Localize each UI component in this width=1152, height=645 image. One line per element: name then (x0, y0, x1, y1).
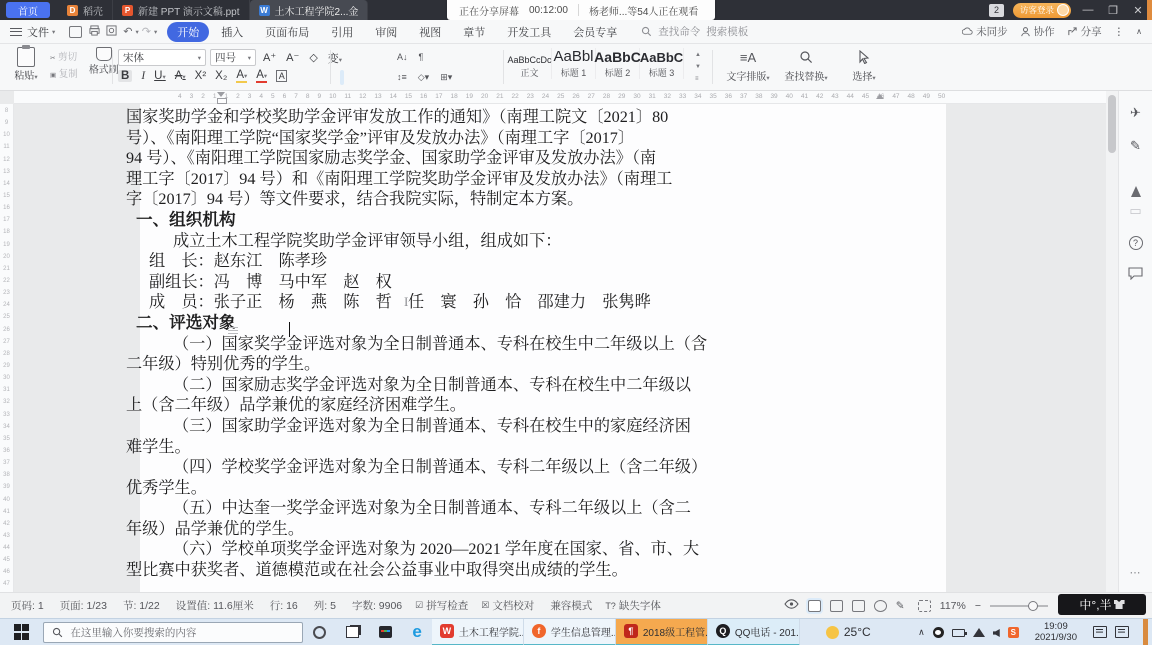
undo-icon[interactable]: ↶ (123, 25, 132, 38)
document-line[interactable]: （三）国家助学金评选对象为全日制普通本、专科在校生中的家庭经济困 (126, 416, 742, 437)
task-view-icon[interactable] (346, 626, 359, 638)
cortana-icon[interactable] (313, 626, 326, 639)
cursor-arrow-icon (858, 50, 870, 68)
ruler-number: 16 (420, 93, 427, 100)
ribbon-tab[interactable]: 会员专享 (563, 22, 627, 42)
ruler-number: 10 (329, 93, 336, 100)
battery-icon[interactable] (952, 629, 965, 637)
status-item-label: 字数: 9906 (352, 598, 402, 613)
ruler-number: 25 (557, 93, 564, 100)
outline-view-icon[interactable] (830, 600, 843, 612)
document-tab-label: 稻壳 (83, 3, 103, 18)
taskbar: 在这里输入你要搜索的内容 e W 土木工程学院... f 学生信息管理... ¶… (0, 618, 1152, 645)
align-right-button[interactable] (362, 70, 366, 85)
status-item-label: 文档校对 (492, 598, 534, 613)
ruler-number: 12 (359, 93, 366, 100)
status-item[interactable]: ☑ 拼写检查 (415, 598, 468, 613)
line-spacing-icon[interactable]: ↕≡ (395, 70, 409, 85)
shading-icon[interactable]: ◇▾ (416, 70, 431, 85)
style-gallery: AaBbCcDc 正文 AaBbl 标题 1 AaBbC 标题 2 AaBbC … (508, 48, 684, 79)
bold-button[interactable]: B (118, 70, 132, 82)
align-center-button[interactable] (351, 70, 355, 85)
ime-indicator[interactable]: 中°,半 (1058, 594, 1146, 615)
ruler-number: 11 (344, 93, 351, 100)
status-item[interactable]: 兼容模式 (547, 598, 592, 613)
document-tab[interactable]: W 土木工程学院2...金 (250, 0, 369, 20)
ruler-number: 21 (3, 266, 10, 272)
superscript-button[interactable]: X² (195, 70, 207, 82)
app-icon: W (440, 624, 454, 638)
status-item-label: 缺失字体 (619, 598, 661, 613)
show-desktop-strip[interactable] (1143, 619, 1148, 645)
style-name: 标题 1 (561, 66, 587, 79)
document-line[interactable]: （四）学校奖学金评选对象为全日制普通本、专科二年级以上（含二年级） (126, 457, 742, 478)
app-label: 学生信息管理... (551, 624, 616, 639)
text-layout-button[interactable]: ≡A 文字排版▾ (722, 50, 774, 83)
app-icon: ¶ (624, 624, 638, 638)
document-line[interactable]: 难学生。 (126, 437, 742, 458)
tray-expand-icon[interactable]: ∧ (918, 627, 925, 638)
bullet-list-icon[interactable] (340, 50, 344, 64)
ruler-number: 7 (294, 93, 298, 100)
style-name: 标题 3 (649, 66, 675, 79)
document-line[interactable]: 型比赛中获奖者、道德模范或在社会公益事业中取得突出成绩的学生。 (126, 560, 742, 581)
cut-button[interactable]: ✂ 剪切 (50, 49, 78, 63)
document-line[interactable]: 上（含二年级）品学兼优的家庭经济困难学生。 (126, 395, 742, 416)
eye-protection-icon[interactable] (784, 599, 799, 612)
ruler-number: 38 (3, 472, 10, 478)
ruler-number: 41 (3, 509, 10, 515)
ruler-number: 27 (588, 93, 595, 100)
ruler-number: 12 (3, 157, 10, 163)
ribbon-tab[interactable]: 章节 (453, 22, 495, 42)
status-item-label: 拼写检查 (426, 598, 468, 613)
font-size-select[interactable]: 四号▾ (210, 49, 256, 66)
ruler-number: 11 (3, 144, 9, 150)
ruler-number: 15 (3, 193, 10, 199)
screen-share-bar: 正在分享屏幕 00:12:00 杨老师...等54人正在观看 (447, 0, 715, 20)
ruler-number: 18 (3, 229, 10, 235)
style-name: 正文 (520, 66, 538, 79)
share-timer: 00:12:00 (529, 5, 568, 16)
select-cursor-icon[interactable] (1131, 171, 1141, 186)
ruler-number: 26 (572, 93, 579, 100)
ribbon-tab[interactable]: 插入 (211, 22, 253, 42)
share-status: 正在分享屏幕 (459, 3, 519, 18)
clipboard-icon (17, 47, 35, 67)
first-line-indent-marker[interactable] (217, 92, 225, 97)
ruler-number: 30 (3, 375, 10, 381)
ruler-number: 39 (3, 484, 10, 490)
ribbon-tab[interactable]: 开始 (167, 22, 209, 42)
vertical-ruler[interactable]: 8910111213141516171819202122232425262728… (0, 104, 14, 592)
document-line[interactable]: 组 长：赵东江 陈孝珍 (126, 251, 742, 272)
italic-button[interactable]: I (141, 70, 145, 82)
ribbon-tab[interactable]: 视图 (409, 22, 451, 42)
document-area[interactable]: 国家奖助学金和学校奖助学金评审发放工作的通知》（南理工院文〔2021〕80号）、… (14, 104, 1106, 592)
ruler-number: 34 (3, 424, 10, 430)
menu-bar: 文件 ▾ ↶▾ ↷▾ 开始插入页面布局引用审阅视图章节开发工具会员专享 查找命令… (0, 20, 1152, 44)
ruler-number: 31 (3, 387, 10, 393)
right-toolbar: ✈ ✎ ▭ ? (1118, 91, 1152, 592)
document-line[interactable]: 字〔2017〕94 号）等文件要求，结合我院实际，特制定本方案。 (126, 189, 742, 210)
ruler-number: 37 (3, 460, 10, 466)
status-item[interactable]: 设置值: 11.6厘米 (173, 598, 254, 613)
taskbar-app-button[interactable]: Q QQ电话 - 201... (708, 619, 800, 645)
ruler-number: 2 (236, 93, 240, 100)
status-item-icon: ☒ (481, 600, 489, 611)
status-item[interactable]: 页码: 1 (8, 598, 44, 613)
ruler-number: 4 (259, 93, 263, 100)
ruler-number: 27 (3, 339, 10, 345)
paragraph-anchor-icon[interactable] (228, 327, 238, 336)
ruler-number: 43 (3, 533, 10, 539)
document-text: 国家奖助学金和学校奖助学金评审发放工作的通知》（南理工院文〔2021〕80号）、… (126, 107, 742, 581)
undo-dropdown[interactable]: ▾ (135, 28, 138, 36)
file-type-icon: D (67, 5, 78, 16)
ruler-number: 21 (496, 93, 503, 100)
paragraph-mark-icon[interactable]: ¶ (417, 50, 426, 64)
ribbon-tab[interactable]: 审阅 (365, 22, 407, 42)
style-scroll-up-icon[interactable]: ▲ (695, 52, 701, 58)
minimize-button[interactable]: — (1080, 4, 1096, 16)
document-line[interactable]: 二年级）特别优秀的学生。 (126, 354, 742, 375)
ruler-number: 45 (862, 93, 869, 100)
status-item[interactable]: ☒ 文档校对 (481, 598, 534, 613)
ruler-number: 13 (3, 169, 10, 175)
ruler-number: 23 (3, 290, 10, 296)
store-icon[interactable] (379, 626, 392, 638)
redo-dropdown[interactable]: ▾ (154, 28, 157, 36)
find-replace-button[interactable]: 查找替换▾ (780, 50, 832, 83)
style-sample: AaBbC (594, 49, 641, 65)
ruler-number: 20 (481, 93, 488, 100)
align-left-button[interactable] (340, 70, 344, 85)
ruler-number: 16 (3, 205, 10, 211)
toolbar-more-icon[interactable]: ⋯ (1118, 566, 1152, 579)
ruler-number: 32 (3, 399, 10, 405)
ruler-number: 8 (306, 93, 310, 100)
ruler-number: 28 (3, 351, 10, 357)
ribbon-tab[interactable]: 开发工具 (497, 22, 561, 42)
ruler-number: 25 (3, 314, 10, 320)
style-sample: AaBbC (640, 50, 683, 65)
zoom-slider-handle[interactable] (1028, 601, 1038, 611)
style-card[interactable]: AaBbCcDc 正文 (508, 48, 552, 79)
notification-icon[interactable] (1093, 626, 1107, 638)
ruler-number: 47 (892, 93, 899, 100)
numbered-list-icon[interactable] (351, 50, 355, 64)
ribbon-tab[interactable]: 页面布局 (255, 22, 319, 42)
status-item[interactable]: 列: 5 (311, 598, 336, 613)
justify-button[interactable] (373, 70, 377, 85)
home-tab[interactable]: 首页 (6, 2, 50, 18)
document-tab[interactable]: P 新建 PPT 演示文稿.ppt (113, 0, 250, 20)
version-badge[interactable]: 2 (989, 4, 1004, 17)
increase-indent-icon[interactable] (373, 50, 377, 64)
close-button[interactable]: ✕ (1130, 4, 1146, 17)
status-item-label: 页码: 1 (11, 598, 44, 613)
increase-font-icon[interactable]: A⁺ (260, 51, 279, 64)
style-sample: AaBbCcDc (508, 55, 552, 65)
annotate-pen-icon[interactable]: ✎ (1130, 138, 1141, 154)
app-label: 2018级工程管... (643, 624, 708, 639)
style-sample: AaBbl (553, 48, 593, 65)
ruler-number: 24 (3, 302, 10, 308)
zoom-level[interactable]: 117% (940, 600, 966, 612)
eraser-icon[interactable]: ▭ (1129, 203, 1141, 219)
status-bar: 页码: 1 页面: 1/23 节: 1/22 设置值: 11.6厘米 行: 16… (0, 592, 1152, 618)
taskbar-app-button[interactable]: W 土木工程学院... (432, 619, 524, 645)
divider (578, 4, 579, 16)
wifi-icon[interactable] (973, 628, 985, 637)
select-button[interactable]: 选择▾ (838, 50, 890, 83)
zoom-out-icon[interactable]: − (975, 600, 981, 612)
qq-tray-icon[interactable] (933, 627, 944, 638)
sort-icon[interactable]: A↓ (395, 50, 410, 64)
ruler-number: 41 (801, 93, 808, 100)
status-item-label: 页面: 1/23 (60, 598, 107, 613)
ruler-number: 47 (3, 581, 10, 587)
status-item-label: 兼容模式 (550, 598, 592, 613)
horizontal-ruler[interactable]: 4321123456789101112131415161718192021222… (14, 91, 1106, 104)
character-border-button[interactable]: A (276, 70, 287, 82)
ruler-number: 9 (318, 93, 322, 100)
document-line[interactable]: 一、组织机构 (126, 210, 742, 231)
account-label: 访客登录 (1020, 4, 1054, 16)
quick-tools-icon[interactable]: ✈ (1130, 105, 1141, 121)
document-line[interactable]: （二）国家励志奖学金评选对象为全日制普通本、专科在校生中二年级以 (126, 375, 742, 396)
print-icon[interactable] (89, 25, 100, 39)
file-type-icon: P (122, 5, 133, 16)
style-name: 标题 2 (605, 66, 631, 79)
style-card[interactable]: AaBbC 标题 3 (640, 48, 684, 79)
paste-button[interactable]: 粘贴▾ (8, 47, 44, 82)
status-item-label: 行: 16 (270, 598, 298, 613)
help-icon[interactable]: ? (1129, 236, 1143, 250)
underline-button[interactable]: U▾ (154, 70, 166, 82)
collapse-ribbon-icon[interactable]: ∧ (1136, 27, 1142, 36)
status-item[interactable]: 节: 1/22 (120, 598, 160, 613)
document-line[interactable]: 成 员：张子正 杨 燕 陈 哲 任 寰 孙 恰 邵建力 张隽晔 (126, 292, 742, 313)
document-line[interactable]: 二、评选对象 (126, 313, 742, 334)
subscript-button[interactable]: X₂ (215, 70, 227, 82)
ruler-number: 28 (603, 93, 610, 100)
strikethrough-button[interactable]: A▾ (175, 70, 186, 82)
scrollbar-thumb[interactable] (1108, 95, 1116, 153)
sync-status[interactable]: 未同步 (962, 24, 1008, 39)
ruler-number: 43 (831, 93, 838, 100)
ruler-number: 19 (3, 242, 10, 248)
ruler-number: 30 (633, 93, 640, 100)
ruler-number: 29 (618, 93, 625, 100)
ruler-number: 29 (3, 363, 10, 369)
ruler-number: 3 (190, 93, 194, 100)
vertical-scrollbar[interactable] (1106, 91, 1118, 592)
taskbar-search-input[interactable]: 在这里输入你要搜索的内容 (43, 622, 303, 643)
ruler-number: 44 (847, 93, 854, 100)
ruler-number: 22 (511, 93, 518, 100)
style-scroll-down-icon[interactable]: ▼ (695, 64, 701, 70)
document-tab[interactable]: D 稻壳 (58, 0, 113, 20)
ruler-number: 20 (3, 254, 10, 260)
web-view-icon[interactable] (874, 600, 887, 612)
ruler-number: 18 (451, 93, 458, 100)
document-line[interactable]: 号）、《南阳理工学院“国家奖学金”评审及发放办法》（南理工字〔2017〕 (126, 128, 742, 149)
right-indent-marker[interactable] (876, 94, 884, 99)
document-line[interactable]: 94 号）、《南阳理工学院国家励志奖学金、国家助学金评审及发放办法》（南 (126, 148, 742, 169)
ruler-number: 32 (664, 93, 671, 100)
document-line[interactable]: （六）学校单项奖学金评选对象为 2020—2021 学年度在国家、省、市、大 (126, 539, 742, 560)
file-menu[interactable]: 文件 (27, 24, 49, 40)
ruler-number: 10 (3, 132, 10, 138)
style-gallery-more-icon[interactable]: ≡ (695, 76, 701, 82)
status-item[interactable]: 页面: 1/23 (57, 598, 107, 613)
distribute-button[interactable] (384, 70, 388, 85)
window-tab-bar: 首页 D 稻壳 P 新建 PPT 演示文稿.ppt W 土木工程学院2...金 … (0, 0, 1152, 20)
ruler-number: 33 (3, 412, 10, 418)
style-card[interactable]: AaBbl 标题 1 (552, 48, 596, 79)
brush-icon (96, 47, 112, 61)
ruler-number: 38 (755, 93, 762, 100)
taskbar-clock[interactable]: 19:09 2021/9/30 (1027, 621, 1085, 643)
taskbar-app-button[interactable]: ¶ 2018级工程管... (616, 619, 708, 645)
ruler-number: 22 (3, 278, 10, 284)
ruler-number: 14 (390, 93, 397, 100)
document-line[interactable]: 理工字〔2017〕94 号）和《南阳理工学院奖助学金评审及发放办法》（南理工 (126, 169, 742, 190)
status-item[interactable]: 字数: 9906 (349, 598, 402, 613)
zoom-slider[interactable] (990, 605, 1048, 607)
sun-icon (826, 626, 839, 639)
search-icon (799, 50, 813, 68)
action-center-icon[interactable] (1115, 626, 1129, 638)
document-line[interactable]: 成立土木工程学院奖助学金评审领导小组，组成如下： (126, 231, 742, 252)
ruler-number: 40 (786, 93, 793, 100)
share-button[interactable]: 分享 (1067, 24, 1102, 39)
decrease-font-icon[interactable]: A⁻ (283, 51, 302, 64)
feedback-icon[interactable] (1128, 267, 1143, 283)
ruler-number: 9 (5, 120, 8, 126)
copy-button[interactable]: ▣ 复制 (50, 66, 78, 80)
ribbon-tabs: 开始插入页面布局引用审阅视图章节开发工具会员专享 (167, 22, 627, 42)
tab-setting-icon[interactable] (432, 50, 436, 64)
document-line[interactable]: （五）中达奎一奖学金评选对象为全日制普通本、专科二年级以上（含二 (126, 498, 742, 519)
ruler-number: 8 (5, 108, 8, 114)
document-line[interactable]: 副组长：冯 博 马中军 赵 权 (126, 272, 742, 293)
restore-button[interactable]: ❐ (1105, 4, 1121, 17)
read-mode-icon[interactable] (852, 600, 865, 612)
ribbon-tab[interactable]: 引用 (321, 22, 363, 42)
ruler-number: 49 (923, 93, 930, 100)
orange-edge-strip (1147, 0, 1152, 22)
text-cursor (289, 322, 290, 337)
ime-skin-icon[interactable] (1114, 600, 1125, 609)
search-placeholder: 在这里输入你要搜索的内容 (70, 625, 196, 640)
ruler-number: 15 (405, 93, 412, 100)
template-search[interactable]: 搜索模板 (706, 24, 748, 39)
ruler-number: 45 (3, 557, 10, 563)
avatar (1057, 4, 1069, 16)
ruler-number: 13 (374, 93, 381, 100)
style-card[interactable]: AaBbC 标题 2 (596, 48, 640, 79)
document-tab-label: 新建 PPT 演示文稿.ppt (138, 3, 240, 18)
screen: 首页 D 稻壳 P 新建 PPT 演示文稿.ppt W 土木工程学院2...金 … (0, 0, 1152, 645)
share-viewers: 杨老师...等54人正在观看 (589, 3, 698, 18)
save-icon[interactable] (69, 26, 82, 38)
ruler-number: 6 (283, 93, 287, 100)
status-item-label: 列: 5 (314, 598, 336, 613)
ruler-number: 17 (435, 93, 442, 100)
status-item[interactable]: 行: 16 (267, 598, 298, 613)
app-icon: Q (716, 624, 730, 638)
ruler-number: 14 (3, 181, 10, 187)
more-menu-icon[interactable]: ⋮ (1114, 26, 1125, 38)
command-search[interactable]: 查找命令 搜索模板 (641, 24, 748, 39)
ruler-number: 1 (213, 93, 217, 100)
document-line[interactable]: 年级）品学兼优的学生。 (126, 519, 742, 540)
status-item[interactable]: T? 缺失字体 (605, 598, 661, 613)
document-line[interactable]: （一）国家奖学金评选对象为全日制普通本、专科在校生中二年级以上（含 (126, 334, 742, 355)
ruler-number: 42 (816, 93, 823, 100)
document-line[interactable]: 优秀学生。 (126, 478, 742, 499)
page-view-icon[interactable] (808, 600, 821, 612)
fit-page-icon[interactable] (918, 600, 931, 612)
redo-icon[interactable]: ↷ (142, 25, 151, 38)
highlight-color-button[interactable]: A▾ (236, 69, 247, 83)
ruler-number: 46 (3, 569, 10, 575)
document-line[interactable]: 国家奖助学金和学校奖助学金评审发放工作的通知》（南理工院文〔2021〕80 (126, 107, 742, 128)
ruler-number: 39 (770, 93, 777, 100)
collaborate-button[interactable]: 协作 (1020, 24, 1055, 39)
ruler-number: 44 (3, 545, 10, 551)
edge-icon[interactable]: e (412, 622, 421, 642)
ruler-number: 42 (3, 521, 10, 527)
ruler-number: 26 (3, 327, 10, 333)
file-type-icon: W (259, 5, 270, 16)
status-item-icon: T? (605, 601, 616, 611)
clear-format-icon[interactable]: ◇ (306, 51, 320, 64)
chevron-down-icon: ▾ (52, 28, 55, 36)
app-icon: f (532, 624, 546, 638)
weather-widget[interactable]: 25°C (826, 625, 871, 639)
hamburger-icon[interactable] (10, 28, 22, 36)
ruler-number: 35 (3, 436, 10, 442)
ink-mode-icon[interactable]: ✎ (896, 600, 909, 612)
ruler-number: 50 (938, 93, 945, 100)
preview-icon[interactable] (106, 25, 117, 39)
volume-icon[interactable] (993, 629, 1000, 637)
decrease-indent-icon[interactable] (362, 50, 366, 64)
status-item-label: 设置值: 11.6厘米 (176, 598, 254, 613)
border-icon[interactable]: ⊞▾ (438, 70, 454, 85)
font-name-select[interactable]: 宋体▾ (118, 49, 206, 66)
ruler-number: 17 (3, 217, 10, 223)
ruler-number: 34 (694, 93, 701, 100)
ruler-number: 5 (271, 93, 275, 100)
ruler-number: 23 (527, 93, 534, 100)
start-button[interactable] (14, 624, 29, 639)
account-badge[interactable]: 访客登录 (1013, 3, 1071, 18)
sogou-ime-icon[interactable]: S (1008, 627, 1019, 638)
symbol-icon[interactable] (384, 50, 388, 64)
ruler-number: 48 (908, 93, 915, 100)
document-tab-label: 土木工程学院2...金 (275, 3, 359, 18)
ruler-number: 33 (679, 93, 686, 100)
font-color-button[interactable]: A▾ (256, 69, 267, 83)
ruler-number: 36 (725, 93, 732, 100)
ruler-number: 24 (542, 93, 549, 100)
taskbar-app-button[interactable]: f 学生信息管理... (524, 619, 616, 645)
